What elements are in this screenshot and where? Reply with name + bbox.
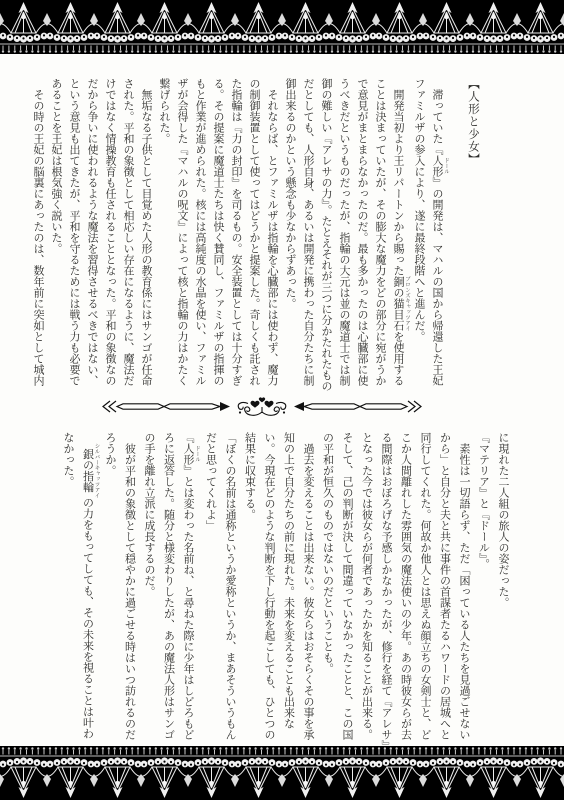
paragraph: 「ぼくの名前は通称というか愛称というか、まあそういうもんだと思ってくれよ」 (200, 432, 239, 746)
paragraph: 無垢なる子供として目覚めた人形の教育係にはサンゴが任命された。平和の象徴として相… (47, 78, 155, 392)
paragraph: 滞っていた『人形ドール』の開発は、マハルの国から帰還した王妃ファミルザの参入によ… (410, 78, 449, 392)
upper-text-block: 【人形と少女】 滞っていた『人形ドール』の開発は、マハルの国から帰還した王妃ファ… (38, 78, 512, 392)
ruby-annotated-word: 銀の指輪シルバーキャッツアイ (82, 443, 94, 497)
lace-border-bottom (0, 746, 564, 800)
lower-text-block: に現れた二人組の旅人の姿だった。『マテリア』と『ドール』。素性は一切語らず、ただ… (38, 432, 512, 746)
lace-pattern (0, 746, 564, 800)
ruby-annotated-word: 人形ドール (431, 155, 443, 177)
paragraph: 『マテリア』と『ドール』。 (473, 432, 493, 746)
paragraph: 彼が平和の象徴として穏やかに過ごせる時はいつ訪れるのだろうか。 (100, 432, 139, 746)
section-title: 【人形と少女】 (464, 78, 512, 392)
ruby-annotated-word: 人形ドール (182, 443, 194, 465)
paragraph: それならば、とファミルザは指輪を心臓部には使わず、魔力の制御装置として使ってはど… (155, 78, 281, 392)
paragraph: 『人形ドール』とは変わった名前ね、と尋ねた際に少年はしどろもどろに返答した。随分… (139, 432, 201, 746)
section-divider (96, 393, 428, 421)
paragraph: 開発当初より王リパートンから賜った銅の猫目石ブロンズキャッツアイを使用することは… (281, 78, 410, 392)
ruby-annotated-word: 銅の猫目石ブロンズキャッツアイ (392, 276, 404, 331)
lace-border-top (0, 0, 564, 54)
paragraph: 素性は一切語らず、ただ「困っている人たちを見過ごせないから」と自分と夫と共に事件… (317, 432, 473, 746)
lace-pattern (0, 0, 564, 54)
paragraph: その時の王妃の脳裏にあったのは、数年前に突如として城内 (29, 78, 47, 392)
paragraph: 過去を変えることは出来ない。彼女らはおそらくその事を承知の上で自分たちの前に現れ… (239, 432, 317, 746)
paragraph: に現れた二人組の旅人の姿だった。 (493, 432, 513, 746)
book-page: 【人形と少女】 滞っていた『人形ドール』の開発は、マハルの国から帰還した王妃ファ… (0, 0, 564, 800)
paragraph: 銀の指輪シルバーキャッツアイの力をもってしても、その未来を視ることは叶わなかった… (58, 432, 100, 746)
divider-ornament (96, 393, 428, 421)
